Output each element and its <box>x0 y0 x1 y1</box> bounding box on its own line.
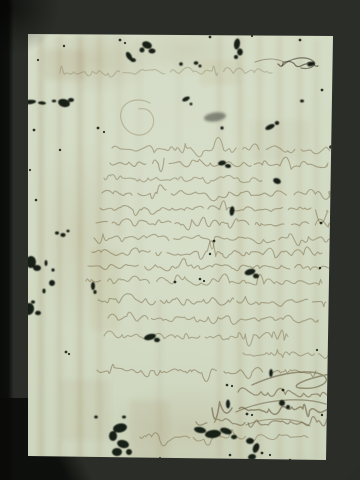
photo-vignette <box>0 0 360 480</box>
scanned-letter-photo <box>0 0 360 480</box>
